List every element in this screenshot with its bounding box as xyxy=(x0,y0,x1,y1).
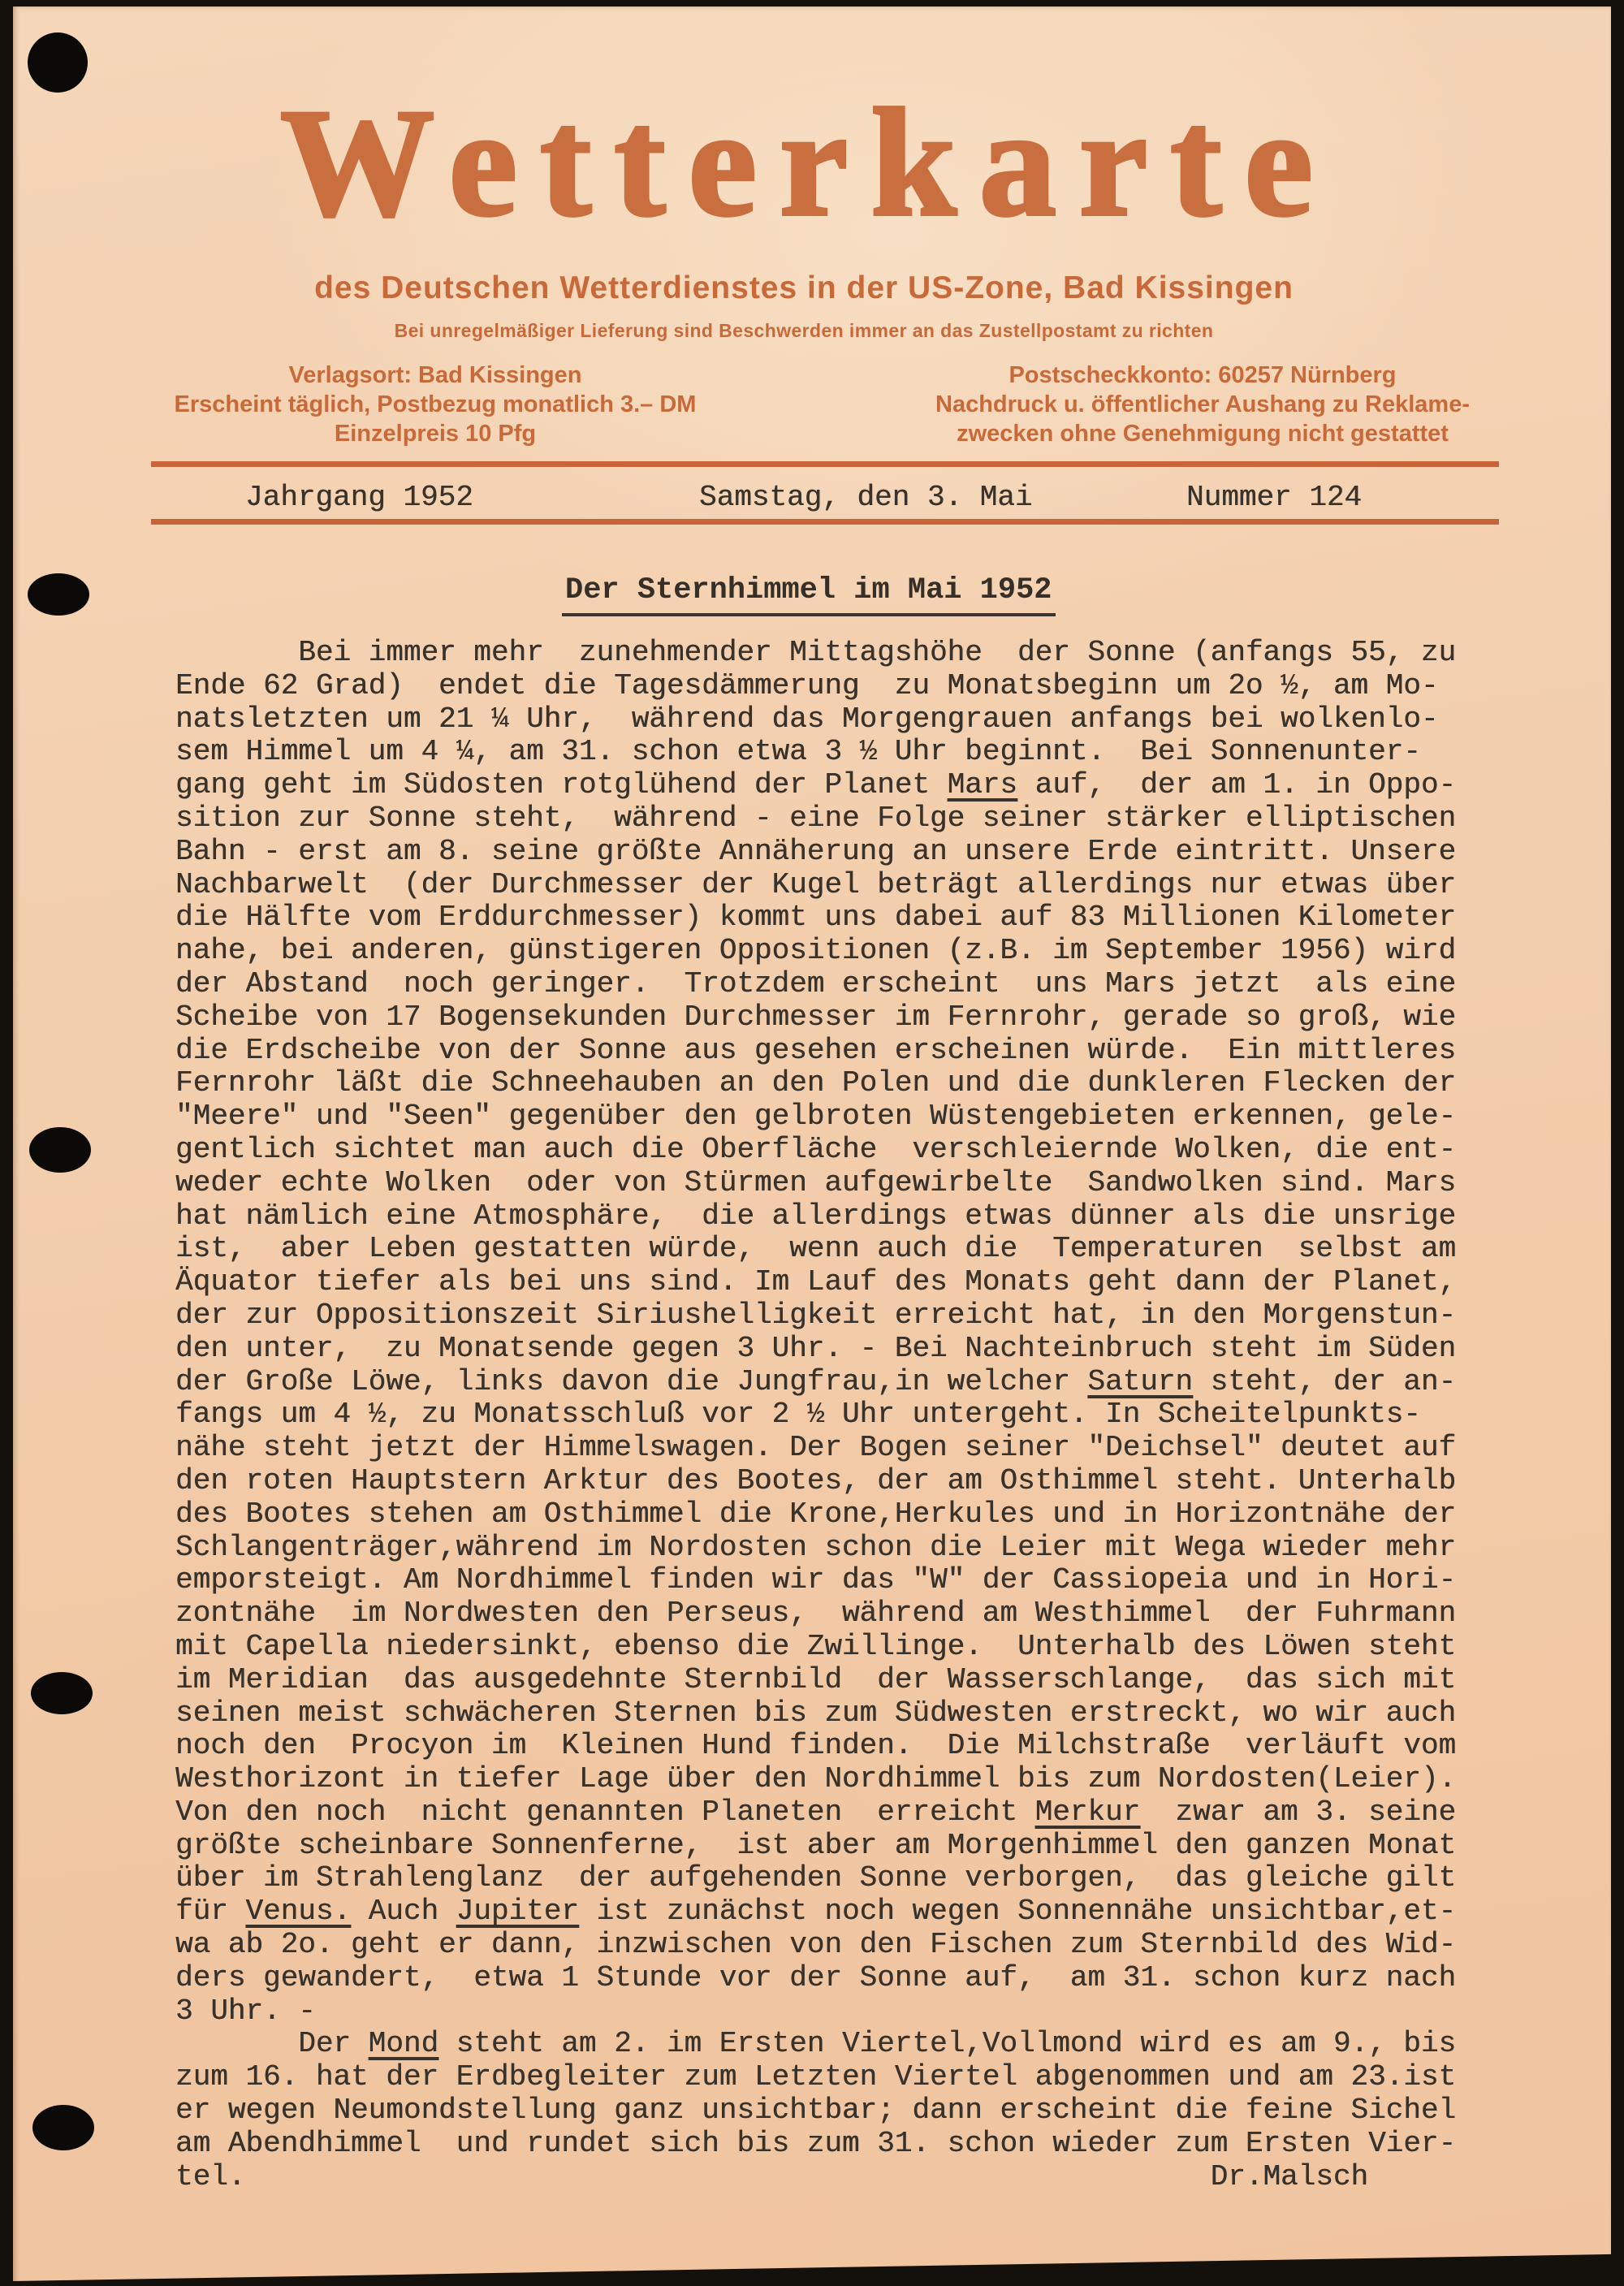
body-line: Bei immer mehr zunehmender Mittagshöhe d… xyxy=(175,637,1540,670)
body-line: die Hälfte vom Erddurchmesser) kommt uns… xyxy=(175,901,1540,935)
body-line: ist, aber Leben gestatten würde, wenn au… xyxy=(175,1233,1540,1266)
body-line: zontnähe im Nordwesten den Perseus, währ… xyxy=(175,1597,1540,1631)
postal-info-line: zwecken ohne Genehmigung nicht gestattet xyxy=(918,419,1487,448)
scanned-page-background: Wetterkarte des Deutschen Wetterdienstes… xyxy=(0,0,1624,2286)
body-line: am Abendhimmel und rundet sich bis zum 3… xyxy=(175,2128,1540,2161)
postal-info-line: Postscheckkonto: 60257 Nürnberg xyxy=(918,361,1487,390)
punch-hole xyxy=(31,1672,93,1714)
punch-hole xyxy=(29,1127,91,1173)
body-line: den roten Hauptstern Arktur des Bootes, … xyxy=(175,1465,1540,1498)
body-line: Ende 62 Grad) endet die Tagesdämmerung z… xyxy=(175,670,1540,703)
issue-date: Samstag, den 3. Mai xyxy=(699,481,1032,514)
punch-hole xyxy=(28,32,88,93)
body-line: den unter, zu Monatsende gegen 3 Uhr. - … xyxy=(175,1333,1540,1366)
article-heading: Der Sternhimmel im Mai 1952 xyxy=(562,573,1056,616)
body-line: er wegen Neumondstellung ganz unsichtbar… xyxy=(175,2094,1540,2128)
issue-number: Nummer 124 xyxy=(1186,481,1362,514)
body-line: Nachbarwelt (der Durchmesser der Kugel b… xyxy=(175,869,1540,902)
body-line: hat nämlich eine Atmosphäre, die allerdi… xyxy=(175,1200,1540,1234)
postal-info-line: Nachdruck u. öffentlicher Aushang zu Rek… xyxy=(918,390,1487,419)
body-line: "Meere" und "Seen" gegenüber den gelbrot… xyxy=(175,1100,1540,1134)
divider-rule-top xyxy=(151,461,1499,467)
publisher-info-line: Einzelpreis 10 Pfg xyxy=(151,419,719,448)
issue-volume: Jahrgang 1952 xyxy=(245,481,473,514)
postal-info: Postscheckkonto: 60257 Nürnberg Nachdruc… xyxy=(918,361,1487,448)
body-line: Bahn - erst am 8. seine größte Annäherun… xyxy=(175,836,1540,869)
body-line: tel. Dr.Malsch xyxy=(175,2161,1540,2194)
divider-rule-bottom xyxy=(151,519,1499,525)
masthead-title: Wetterkarte xyxy=(13,86,1603,240)
body-line: sition zur Sonne steht, während - eine F… xyxy=(175,802,1540,836)
body-line: Äquator tiefer als bei uns sind. Im Lauf… xyxy=(175,1266,1540,1299)
body-line: Westhorizont in tiefer Lage über den Nor… xyxy=(175,1763,1540,1796)
body-line: der zur Oppositionszeit Siriushelligkeit… xyxy=(175,1299,1540,1333)
body-line: nahe, bei anderen, günstigeren Oppositio… xyxy=(175,935,1540,968)
body-line: Fernrohr läßt die Schneehauben an den Po… xyxy=(175,1067,1540,1100)
body-line: über im Strahlenglanz der aufgehenden So… xyxy=(175,1862,1540,1895)
body-line: größte scheinbare Sonnenferne, ist aber … xyxy=(175,1830,1540,1863)
body-line: ders gewandert, etwa 1 Stunde vor der So… xyxy=(175,1962,1540,1995)
body-line: emporsteigt. Am Nordhimmel finden wir da… xyxy=(175,1564,1540,1597)
body-line: gentlich sichtet man auch die Oberfläche… xyxy=(175,1134,1540,1167)
document-page: Wetterkarte des Deutschen Wetterdienstes… xyxy=(13,6,1611,2286)
body-line: zum 16. hat der Erdbegleiter zum Letzten… xyxy=(175,2061,1540,2094)
body-line: Von den noch nicht genannten Planeten er… xyxy=(175,1796,1540,1830)
body-line: wa ab 2o. geht er dann, inzwischen von d… xyxy=(175,1929,1540,1962)
delivery-notice: Bei unregelmäßiger Lieferung sind Beschw… xyxy=(13,320,1595,342)
body-line: die Erdscheibe von der Sonne aus gesehen… xyxy=(175,1035,1540,1068)
body-line: des Bootes stehen am Osthimmel die Krone… xyxy=(175,1498,1540,1532)
body-line: gang geht im Südosten rotglühend der Pla… xyxy=(175,769,1540,802)
punch-hole xyxy=(32,2105,94,2150)
body-line: weder echte Wolken oder von Stürmen aufg… xyxy=(175,1167,1540,1200)
body-line: seinen meist schwächeren Sternen bis zum… xyxy=(175,1697,1540,1731)
masthead-subtitle: des Deutschen Wetterdienstes in der US-Z… xyxy=(13,271,1595,306)
publisher-info: Verlagsort: Bad Kissingen Erscheint tägl… xyxy=(151,361,719,448)
body-line: noch den Procyon im Kleinen Hund finden.… xyxy=(175,1730,1540,1763)
body-line: der Abstand noch geringer. Trotzdem ersc… xyxy=(175,968,1540,1001)
body-line: fangs um 4 ½, zu Monatsschluß vor 2 ½ Uh… xyxy=(175,1398,1540,1432)
punch-hole xyxy=(28,573,89,616)
body-line: mit Capella niedersinkt, ebenso die Zwil… xyxy=(175,1631,1540,1664)
body-line: nähe steht jetzt der Himmelswagen. Der B… xyxy=(175,1432,1540,1465)
body-line: sem Himmel um 4 ¼, am 31. schon etwa 3 ½… xyxy=(175,736,1540,769)
body-line: für Venus. Auch Jupiter ist zunächst noc… xyxy=(175,1895,1540,1929)
body-line: Scheibe von 17 Bogensekunden Durchmesser… xyxy=(175,1001,1540,1035)
body-line: 3 Uhr. - xyxy=(175,1995,1540,2029)
body-line: natsletzten um 21 ¼ Uhr, während das Mor… xyxy=(175,703,1540,737)
publisher-info-line: Erscheint täglich, Postbezug monatlich 3… xyxy=(151,390,719,419)
body-line: Schlangenträger,während im Nordosten sch… xyxy=(175,1532,1540,1565)
body-line: der Große Löwe, links davon die Jungfrau… xyxy=(175,1366,1540,1399)
article-body: Bei immer mehr zunehmender Mittagshöhe d… xyxy=(175,637,1540,2193)
publisher-info-line: Verlagsort: Bad Kissingen xyxy=(151,361,719,390)
body-line: im Meridian das ausgedehnte Sternbild de… xyxy=(175,1664,1540,1697)
body-line: Der Mond steht am 2. im Ersten Viertel,V… xyxy=(175,2028,1540,2061)
